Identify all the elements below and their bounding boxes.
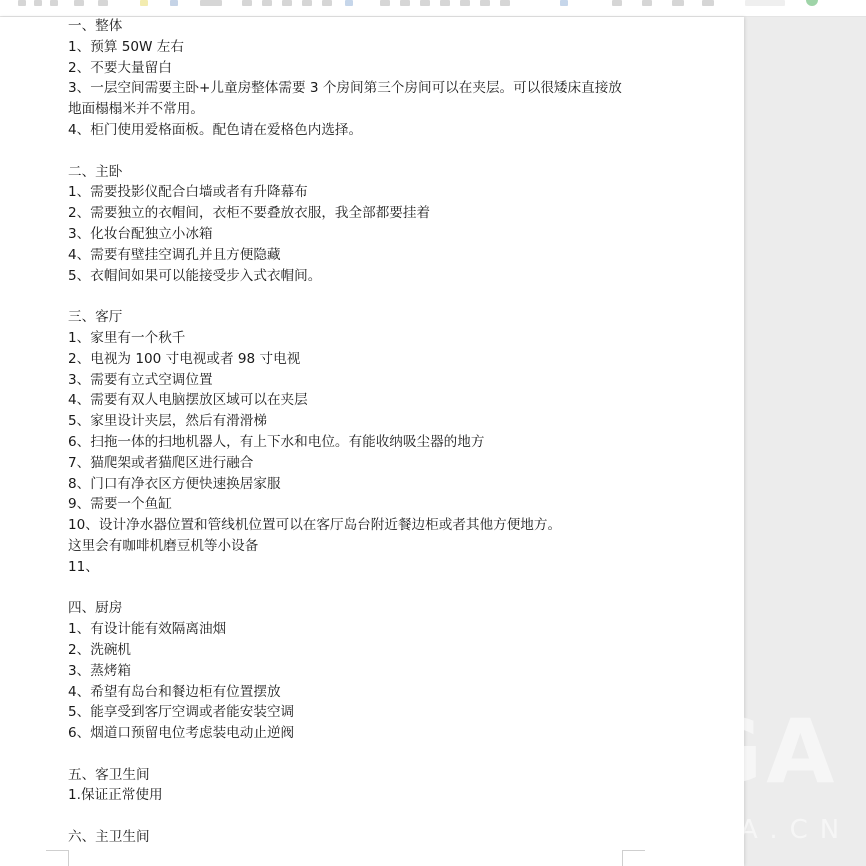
list-item: 2、电视为 100 寸电视或者 98 寸电视 [68, 349, 668, 370]
align-left-icon-2[interactable] [420, 0, 430, 6]
font-color-icon[interactable] [98, 0, 108, 6]
blank-line [68, 806, 668, 827]
indent-icon[interactable] [380, 0, 390, 6]
align-center-icon-2[interactable] [440, 0, 450, 6]
distribute-icon[interactable] [322, 0, 332, 6]
text-style-icon[interactable] [170, 0, 178, 6]
distribute-icon-2[interactable] [500, 0, 510, 6]
line-spacing-icon[interactable] [345, 0, 353, 6]
sort-icon[interactable] [560, 0, 568, 6]
document-body[interactable]: 一、整体1、预算 50W 左右2、不要大量留白3、一层空间需要主卧+儿童房整体需… [68, 16, 668, 848]
outdent-icon[interactable] [400, 0, 410, 6]
page-corner-marker-right [622, 850, 645, 866]
list-item: 8、门口有净衣区方便快速换居家服 [68, 474, 668, 495]
section-heading: 三、客厅 [68, 307, 668, 328]
blank-line [68, 578, 668, 599]
list-item: 4、需要有双人电脑摆放区域可以在夹层 [68, 390, 668, 411]
list-item: 5、能享受到客厅空调或者能安装空调 [68, 702, 668, 723]
list-item: 2、需要独立的衣帽间，衣柜不要叠放衣服，我全部都要挂着 [68, 203, 668, 224]
section-heading: 二、主卧 [68, 162, 668, 183]
section-heading: 五、客卫生间 [68, 765, 668, 786]
list-item: 4、需要有壁挂空调孔并且方便隐藏 [68, 245, 668, 266]
list-icon[interactable] [612, 0, 622, 6]
align-right-icon-2[interactable] [460, 0, 470, 6]
page-corner-marker-left [46, 850, 69, 866]
justify-icon-2[interactable] [480, 0, 490, 6]
list-item: 地面榻榻米并不常用。 [68, 99, 668, 120]
zoom-select[interactable] [745, 0, 785, 6]
bold-icon[interactable] [18, 0, 26, 6]
justify-icon[interactable] [302, 0, 312, 6]
list-item: 1、家里有一个秋千 [68, 328, 668, 349]
underline-icon[interactable] [50, 0, 58, 6]
list-item: 11、 [68, 557, 668, 578]
list-item: 1、需要投影仪配合白墙或者有升降幕布 [68, 182, 668, 203]
list-item: 9、需要一个鱼缸 [68, 494, 668, 515]
section-heading: 一、整体 [68, 16, 668, 37]
highlight-icon[interactable] [140, 0, 148, 6]
list-item: 7、猫爬架或者猫爬区进行融合 [68, 453, 668, 474]
list-item: 5、衣帽间如果可以能接受步入式衣帽间。 [68, 266, 668, 287]
list-item: 10、设计净水器位置和管线机位置可以在客厅岛台附近餐边柜或者其他方便地方。 [68, 515, 668, 536]
section-heading: 四、厨房 [68, 598, 668, 619]
list-item: 2、洗碗机 [68, 640, 668, 661]
list-item: 1、有设计能有效隔离油烟 [68, 619, 668, 640]
list-item: 1.保证正常使用 [68, 785, 668, 806]
align-center-icon[interactable] [262, 0, 272, 6]
list-item: 4、柜门使用爱格面板。配色请在爱格色内选择。 [68, 120, 668, 141]
table-icon[interactable] [672, 0, 684, 6]
list-item: 4、希望有岛台和餐边柜有位置摆放 [68, 682, 668, 703]
blank-line [68, 744, 668, 765]
watermark-text-small: A.CN [740, 815, 851, 845]
document-page[interactable]: 一、整体1、预算 50W 左右2、不要大量留白3、一层空间需要主卧+儿童房整体需… [0, 17, 744, 866]
formatting-toolbar [0, 0, 866, 17]
strikethrough-icon[interactable] [74, 0, 84, 6]
list-item: 1、预算 50W 左右 [68, 37, 668, 58]
section-heading: 六、主卫生间 [68, 827, 668, 848]
list-item: 2、不要大量留白 [68, 58, 668, 79]
align-right-icon[interactable] [282, 0, 292, 6]
insert-icon[interactable] [702, 0, 714, 6]
list-item: 3、需要有立式空调位置 [68, 370, 668, 391]
blank-line [68, 141, 668, 162]
list-item: 6、扫拖一体的扫地机器人，有上下水和电位。有能收纳吸尘器的地方 [68, 432, 668, 453]
list-item: 3、蒸烤箱 [68, 661, 668, 682]
list-item: 3、一层空间需要主卧+儿童房整体需要 3 个房间第三个房间可以在夹层。可以很矮床… [68, 78, 668, 99]
list-item: 5、家里设计夹层，然后有滑滑梯 [68, 411, 668, 432]
align-left-icon[interactable] [242, 0, 252, 6]
italic-icon[interactable] [34, 0, 42, 6]
blank-line [68, 286, 668, 307]
user-status-icon[interactable] [806, 0, 818, 6]
style-select[interactable] [200, 0, 222, 6]
list-item: 3、化妆台配独立小冰箱 [68, 224, 668, 245]
list-icon-2[interactable] [642, 0, 652, 6]
list-item: 这里会有咖啡机磨豆机等小设备 [68, 536, 668, 557]
list-item: 6、烟道口预留电位考虑装电动止逆阀 [68, 723, 668, 744]
